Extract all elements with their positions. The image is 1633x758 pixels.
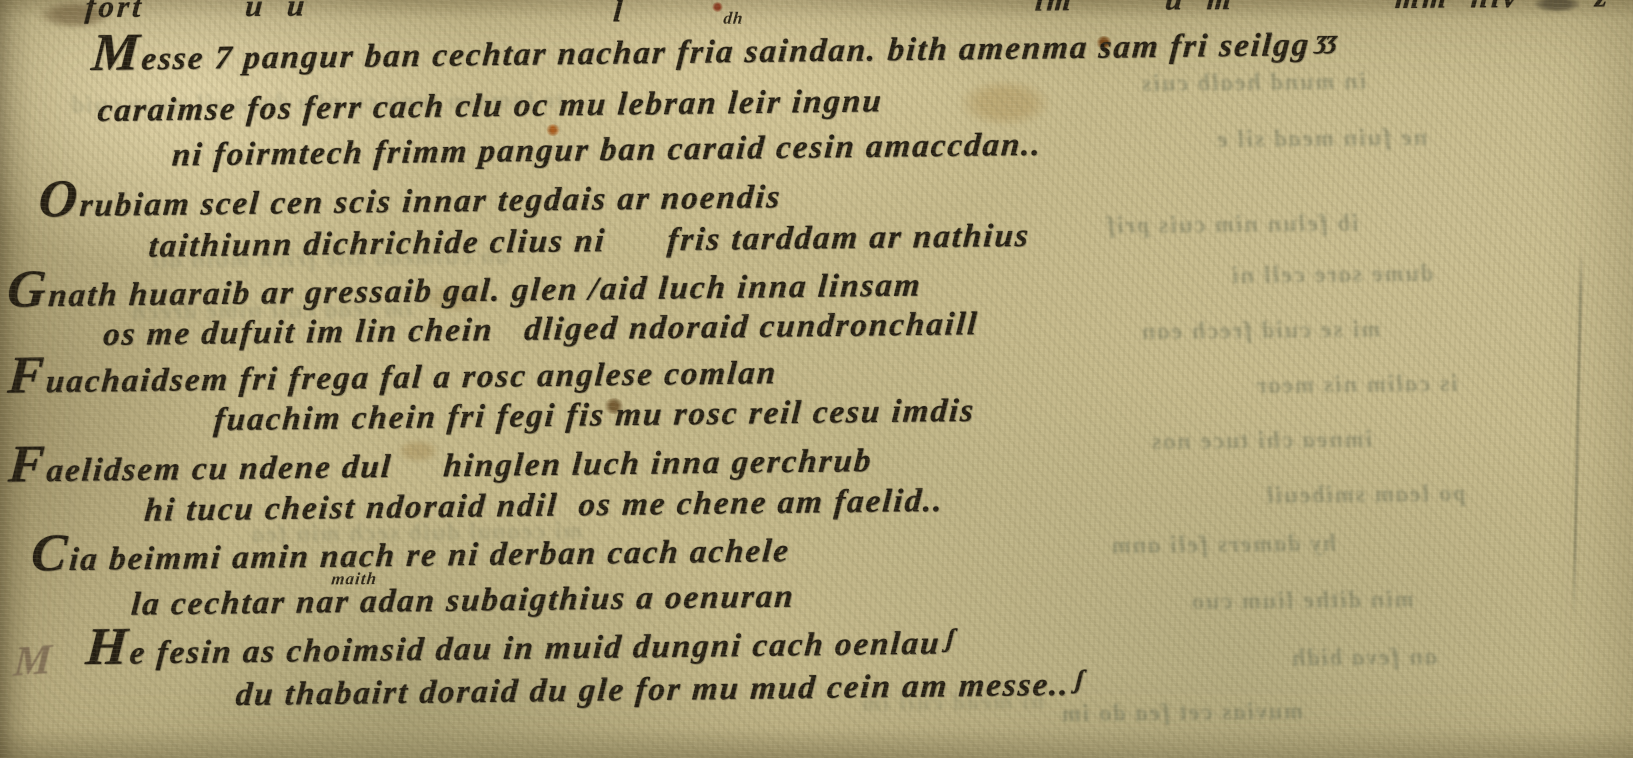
line-text: fuachim chein fri fegi fis mu rosc reil …: [213, 393, 977, 438]
enlarged-initial: G: [5, 260, 48, 318]
manuscript-line-9: fuachim chein fri fegi fis mu rosc reil …: [212, 391, 976, 440]
cut-off-line-fragment: z: [1594, 0, 1612, 15]
poem-text-layer: fort u u l lm u m mm niv z Messe 7 pangu…: [0, 0, 1633, 758]
line-end-flourish: ʃ: [945, 624, 954, 653]
interlinear-correction: dh: [723, 8, 745, 28]
enlarged-initial: H: [84, 618, 130, 677]
manuscript-line-12: Cia beimmi amin nach re ni derban cach a…: [29, 524, 792, 580]
line-text: la cechtar nar adan subaigthius a oenura…: [130, 579, 796, 623]
marginal-mark: M: [12, 636, 53, 687]
line-text: aelidsem cu ndene dul hinglen luch inna …: [45, 443, 874, 489]
manuscript-line-1: Messe 7 pangur ban cechtar nachar fria s…: [90, 18, 1338, 80]
enlarged-initial: F: [6, 346, 46, 404]
manuscript-line-13: la cechtar nar adan subaigthius a oenura…: [130, 577, 797, 625]
cut-off-line-fragment: lm: [1034, 0, 1076, 18]
line-text: esse 7 pangur ban cechtar nachar fria sa…: [140, 27, 1311, 77]
manuscript-line-2: caraimse fos ferr cach clu oc mu lebran …: [96, 81, 884, 131]
manuscript-photo: in mund healb cuis ne fuin mead sil e ib…: [0, 0, 1633, 758]
line-text: du thabairt doraid du gle for mu mud cei…: [234, 667, 1071, 713]
enlarged-initial: F: [7, 435, 47, 493]
cut-off-line-fragment: u m: [1164, 0, 1236, 18]
line-text: taithiunn dichrichide clius ni fris tard…: [147, 218, 1031, 265]
line-text: os me dufuit im lin chein dliged ndoraid…: [102, 306, 980, 353]
enlarged-initial: M: [90, 23, 142, 82]
manuscript-line-15: du thabairt doraid du gle for mu mud cei…: [234, 660, 1083, 715]
manuscript-line-11: hi tucu cheist ndoraid ndil os me chene …: [143, 481, 945, 531]
line-text: ni foirmtech frimm pangur ban caraid ces…: [171, 127, 1044, 174]
line-text: caraimse fos ferr cach clu oc mu lebran …: [96, 83, 884, 129]
manuscript-line-3: ni foirmtech frimm pangur ban caraid ces…: [171, 125, 1044, 176]
line-text: uachaidsem fri frega fal a rosc anglese …: [45, 355, 779, 400]
cut-off-line-fragment: fort: [84, 0, 145, 25]
line-text: rubiam scel cen scis innar tegdais ar no…: [78, 179, 782, 224]
enlarged-initial: C: [29, 524, 69, 582]
cut-off-line-fragment: u u: [244, 0, 309, 24]
manuscript-line-4: Orubiam scel cen scis innar tegdais ar n…: [37, 170, 784, 226]
line-text: ia beimmi amin nach re ni derban cach ac…: [68, 533, 791, 578]
cut-off-line-fragment: l: [612, 0, 627, 29]
line-text: hi tucu cheist ndoraid ndil os me chene …: [143, 483, 945, 529]
enlarged-initial: O: [37, 170, 80, 228]
line-end-flourish: ʒʒ: [1315, 25, 1338, 54]
cut-off-line-fragment: mm niv: [1394, 0, 1521, 16]
line-end-flourish: ʃ: [1074, 665, 1083, 694]
